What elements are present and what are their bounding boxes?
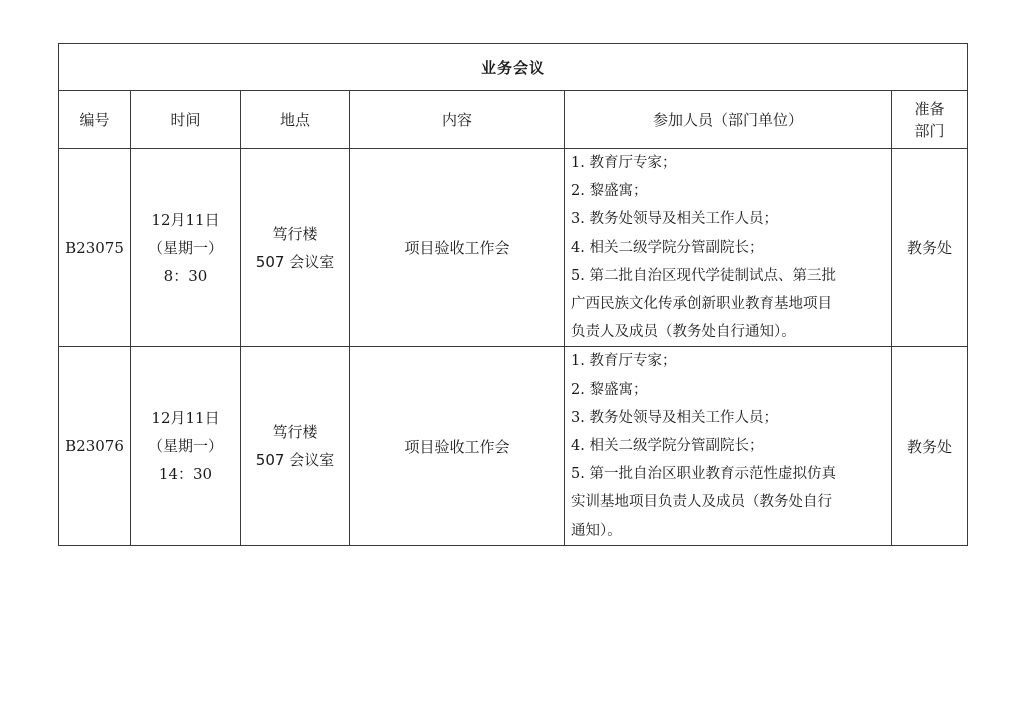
header-time: 时间 <box>131 91 241 149</box>
meeting-schedule-table: 业务会议 编号 时间 地点 内容 参加人员（部门单位） 准备 部门 B23075… <box>58 43 968 546</box>
header-prep-line2: 部门 <box>892 120 967 142</box>
prep-dept: 教务处 <box>892 149 968 347</box>
meeting-date: 12月11日 <box>131 206 240 234</box>
participant-line: 5. 第一批自治区职业教育示范性虚拟仿真 <box>571 460 885 488</box>
participant-line: 2. 黎盛寓； <box>571 177 885 205</box>
participant-line: 4. 相关二级学院分管副院长； <box>571 234 885 262</box>
meeting-content: 项目验收工作会 <box>350 347 565 545</box>
participant-line: 1. 教育厅专家； <box>571 347 885 375</box>
location-room: 507 会议室 <box>241 248 349 276</box>
header-row: 编号 时间 地点 内容 参加人员（部门单位） 准备 部门 <box>59 91 968 149</box>
participant-line: 1. 教育厅专家； <box>571 149 885 177</box>
participant-line: 3. 教务处领导及相关工作人员； <box>571 205 885 233</box>
meeting-location: 笃行楼 507 会议室 <box>241 149 350 347</box>
location-building: 笃行楼 <box>241 220 349 248</box>
table-row: B23076 12月11日 （星期一） 14：30 笃行楼 507 会议室 项目… <box>59 347 968 545</box>
header-participants: 参加人员（部门单位） <box>565 91 892 149</box>
participant-line: 4. 相关二级学院分管副院长； <box>571 432 885 460</box>
participant-line: 通知）。 <box>571 517 885 545</box>
meeting-participants: 1. 教育厅专家； 2. 黎盛寓； 3. 教务处领导及相关工作人员； 4. 相关… <box>565 347 892 545</box>
location-room: 507 会议室 <box>241 446 349 474</box>
header-prep-line1: 准备 <box>892 98 967 120</box>
participant-line: 5. 第二批自治区现代学徒制试点、第三批 <box>571 262 885 290</box>
participant-line: 2. 黎盛寓； <box>571 376 885 404</box>
participant-line: 实训基地项目负责人及成员（教务处自行 <box>571 488 885 516</box>
table-title: 业务会议 <box>59 44 968 91</box>
participant-line: 负责人及成员（教务处自行通知）。 <box>571 318 885 346</box>
meeting-time: 12月11日 （星期一） 14：30 <box>131 347 241 545</box>
meeting-clock: 8：30 <box>131 262 240 290</box>
header-content: 内容 <box>350 91 565 149</box>
participant-line: 3. 教务处领导及相关工作人员； <box>571 404 885 432</box>
meeting-location: 笃行楼 507 会议室 <box>241 347 350 545</box>
participant-line: 广西民族文化传承创新职业教育基地项目 <box>571 290 885 318</box>
meeting-weekday: （星期一） <box>131 432 240 460</box>
meeting-participants: 1. 教育厅专家； 2. 黎盛寓； 3. 教务处领导及相关工作人员； 4. 相关… <box>565 149 892 347</box>
meeting-date: 12月11日 <box>131 404 240 432</box>
header-prep-dept: 准备 部门 <box>892 91 968 149</box>
meeting-id: B23076 <box>59 347 131 545</box>
meeting-content: 项目验收工作会 <box>350 149 565 347</box>
meeting-id: B23075 <box>59 149 131 347</box>
meeting-clock: 14：30 <box>131 460 240 488</box>
meeting-time: 12月11日 （星期一） 8：30 <box>131 149 241 347</box>
header-location: 地点 <box>241 91 350 149</box>
meeting-weekday: （星期一） <box>131 234 240 262</box>
header-id: 编号 <box>59 91 131 149</box>
location-building: 笃行楼 <box>241 418 349 446</box>
prep-dept: 教务处 <box>892 347 968 545</box>
table-row: B23075 12月11日 （星期一） 8：30 笃行楼 507 会议室 项目验… <box>59 149 968 347</box>
